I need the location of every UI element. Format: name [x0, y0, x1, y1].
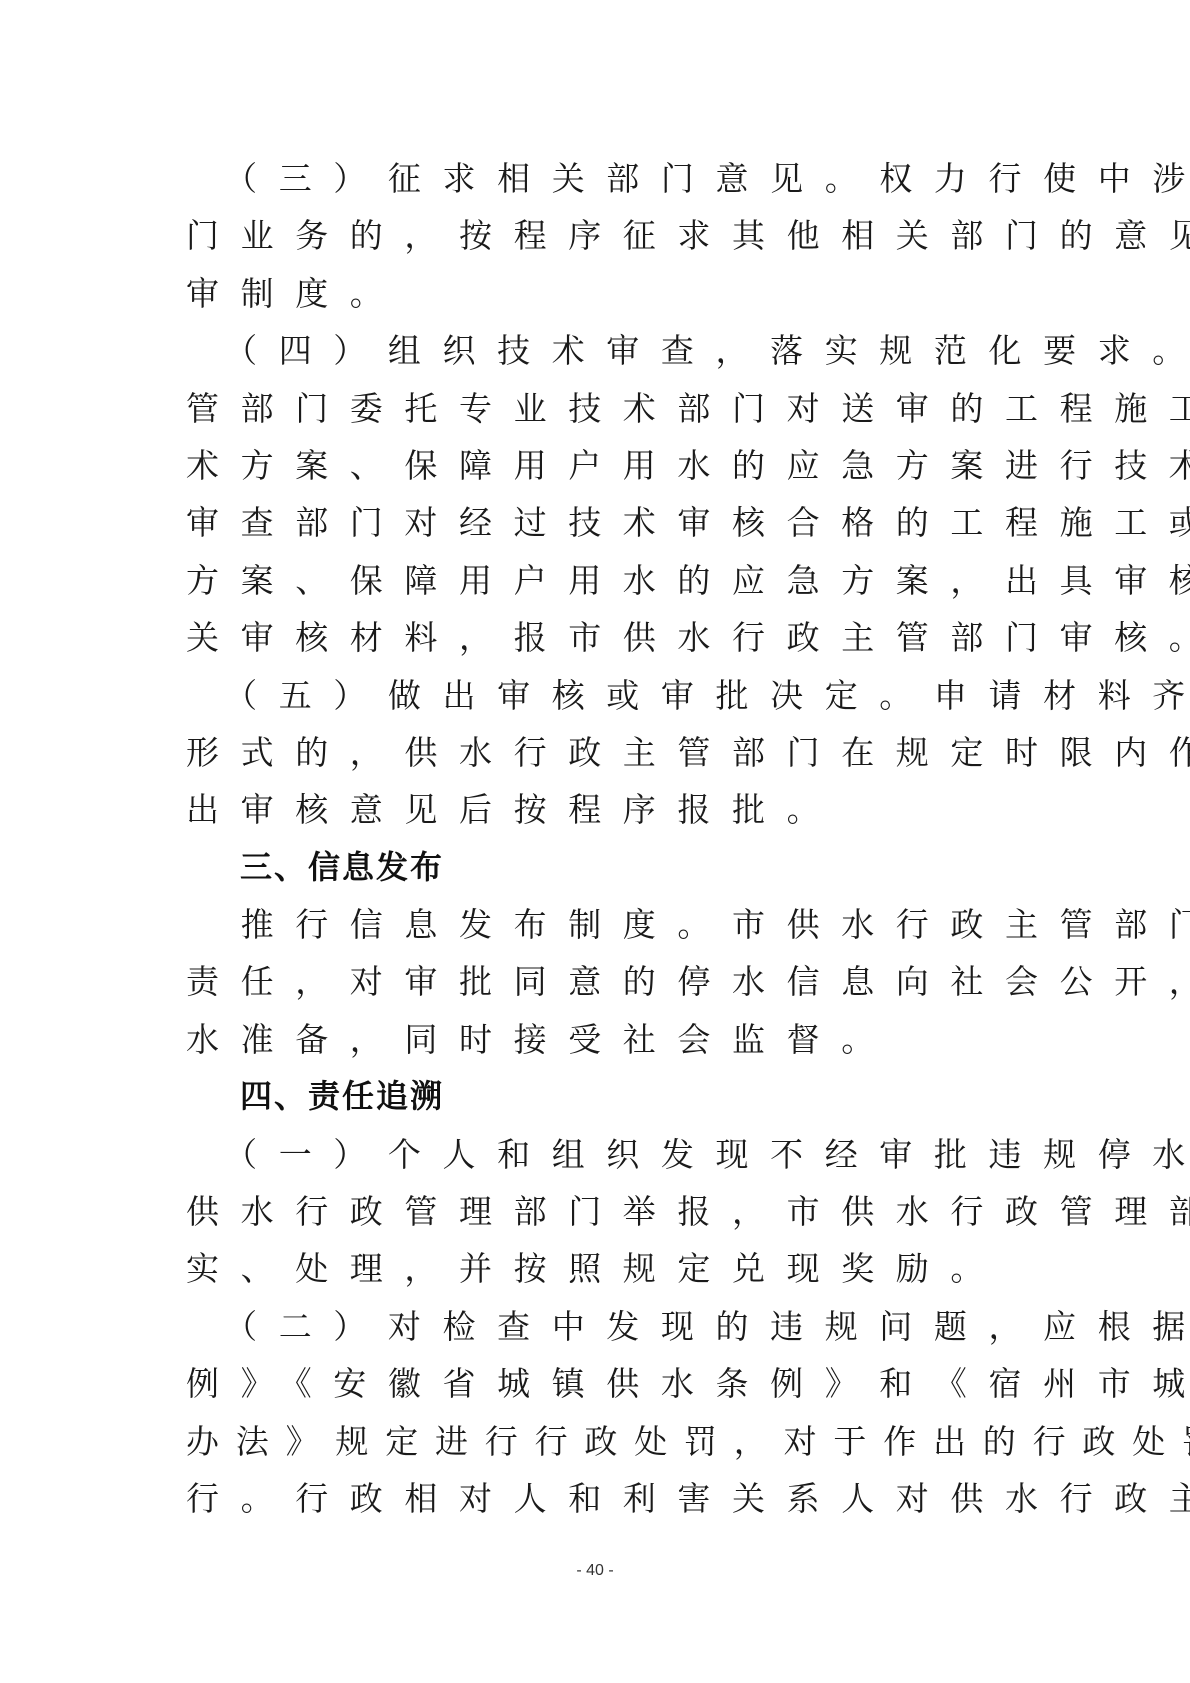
page-body: （三）征求相关部门意见。权力行使中涉及其他相关部 门业务的，按程序征求其他相关部… — [186, 150, 1016, 1527]
paragraph-line: 责任，对审批同意的停水信息向社会公开，让用水户做好蓄 — [186, 953, 1016, 1010]
paragraph-line: 审制度。 — [186, 265, 1016, 322]
section-heading-info-release: 三、信息发布 — [186, 839, 1016, 896]
paragraph-line: 管部门委托专业技术部门对送审的工程施工或设备维修技 — [186, 380, 1016, 437]
paragraph-line: 水准备，同时接受社会监督。 — [186, 1011, 1016, 1068]
paragraph-line: 供水行政管理部门举报，市供水行政管理部门应当及时核 — [186, 1183, 1016, 1240]
paragraph-line: 方案、保障用户用水的应急方案，出具审核意见表，连同有 — [186, 552, 1016, 609]
paragraph-line: 实、处理，并按照规定兑现奖励。 — [186, 1240, 1016, 1297]
document-page: （三）征求相关部门意见。权力行使中涉及其他相关部 门业务的，按程序征求其他相关部… — [0, 0, 1190, 1683]
paragraph-line: （三）征求相关部门意见。权力行使中涉及其他相关部 — [186, 150, 1016, 207]
paragraph-line: 审查部门对经过技术审核合格的工程施工或设备维修技术 — [186, 494, 1016, 551]
paragraph-line: 行。行政相对人和利害关系人对供水行政主管部门审核事中 — [186, 1470, 1016, 1527]
paragraph-line: 关审核材料，报市供水行政主管部门审核。 — [186, 609, 1016, 666]
paragraph-line: （五）做出审核或审批决定。申请材料齐全、符合法定 — [186, 667, 1016, 724]
paragraph-line: 推行信息发布制度。市供水行政主管部门落实信息发布 — [186, 896, 1016, 953]
section-heading-accountability: 四、责任追溯 — [186, 1068, 1016, 1125]
paragraph-line: 术方案、保障用户用水的应急方案进行技术审查。停水技术 — [186, 437, 1016, 494]
page-number: - 40 - — [0, 1562, 1190, 1580]
paragraph-line: 门业务的，按程序征求其他相关部门的意见，必要时实施会 — [186, 207, 1016, 264]
paragraph-line: 出审核意见后按程序报批。 — [186, 781, 1016, 838]
paragraph-line: 办法》规定进行行政处罚，对于作出的行政处罚决定要严格执 — [186, 1413, 1016, 1470]
paragraph-line: 形式的，供水行政主管部门在规定时限内作出审批决定或提 — [186, 724, 1016, 781]
paragraph-line: （一）个人和组织发现不经审批违规停水的，有权向市 — [186, 1126, 1016, 1183]
paragraph-line: （二）对检查中发现的违规问题，应根据《城市供水条 — [186, 1298, 1016, 1355]
paragraph-line: （四）组织技术审查，落实规范化要求。市供水行政主 — [186, 322, 1016, 379]
paragraph-line: 例》《安徽省城镇供水条例》和《宿州市城市供水管理暂行 — [186, 1355, 1016, 1412]
